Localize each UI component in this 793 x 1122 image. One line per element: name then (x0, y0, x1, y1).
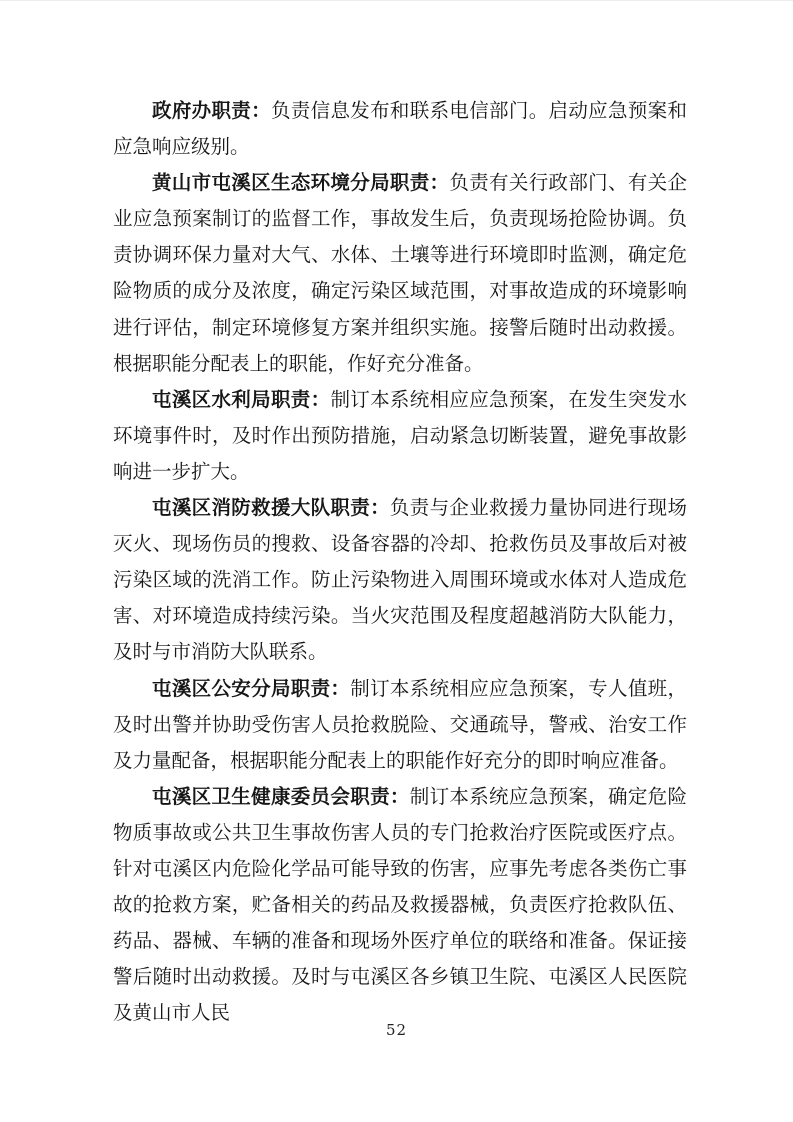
paragraph-heading: 屯溪区水利局职责： (152, 388, 330, 411)
document-body: 政府办职责：负责信息发布和联系电信部门。启动应急预案和应急响应级别。 黄山市屯溪… (113, 93, 687, 1031)
paragraph-heading: 政府办职责： (152, 99, 271, 122)
paragraph: 政府办职责：负责信息发布和联系电信部门。启动应急预案和应急响应级别。 (113, 93, 687, 165)
paragraph: 屯溪区消防救援大队职责：负责与企业救援力量协同进行现场灭火、现场伤员的搜救、设备… (113, 490, 687, 670)
paragraph-heading: 黄山市屯溪区生态环境分局职责： (152, 171, 449, 194)
paragraph-text: 负责有关行政部门、有关企业应急预案制订的监督工作，事故发生后，负责现场抢险协调。… (113, 171, 687, 374)
paragraph: 屯溪区卫生健康委员会职责：制订本系统应急预案，确定危险物质事故或公共卫生事故伤害… (113, 779, 687, 1032)
paragraph-heading: 屯溪区公安分局职责： (152, 677, 350, 700)
document-page: 政府办职责：负责信息发布和联系电信部门。启动应急预案和应急响应级别。 黄山市屯溪… (0, 0, 793, 1122)
paragraph: 屯溪区公安分局职责：制订本系统相应应急预案，专人值班，及时出警并协助受伤害人员抢… (113, 671, 687, 779)
paragraph-heading: 屯溪区卫生健康委员会职责： (152, 785, 410, 808)
paragraph-heading: 屯溪区消防救援大队职责： (152, 496, 390, 519)
page-number: 52 (0, 1021, 793, 1039)
paragraph-text: 制订本系统应急预案，确定危险物质事故或公共卫生事故伤害人员的专门抢救治疗医院或医… (113, 785, 687, 1025)
paragraph-text: 负责与企业救援力量协同进行现场灭火、现场伤员的搜救、设备容器的冷却、抢救伤员及事… (113, 496, 687, 663)
paragraph: 屯溪区水利局职责：制订本系统相应应急预案，在发生突发水环境事件时，及时作出预防措… (113, 382, 687, 490)
paragraph: 黄山市屯溪区生态环境分局职责：负责有关行政部门、有关企业应急预案制订的监督工作，… (113, 165, 687, 382)
